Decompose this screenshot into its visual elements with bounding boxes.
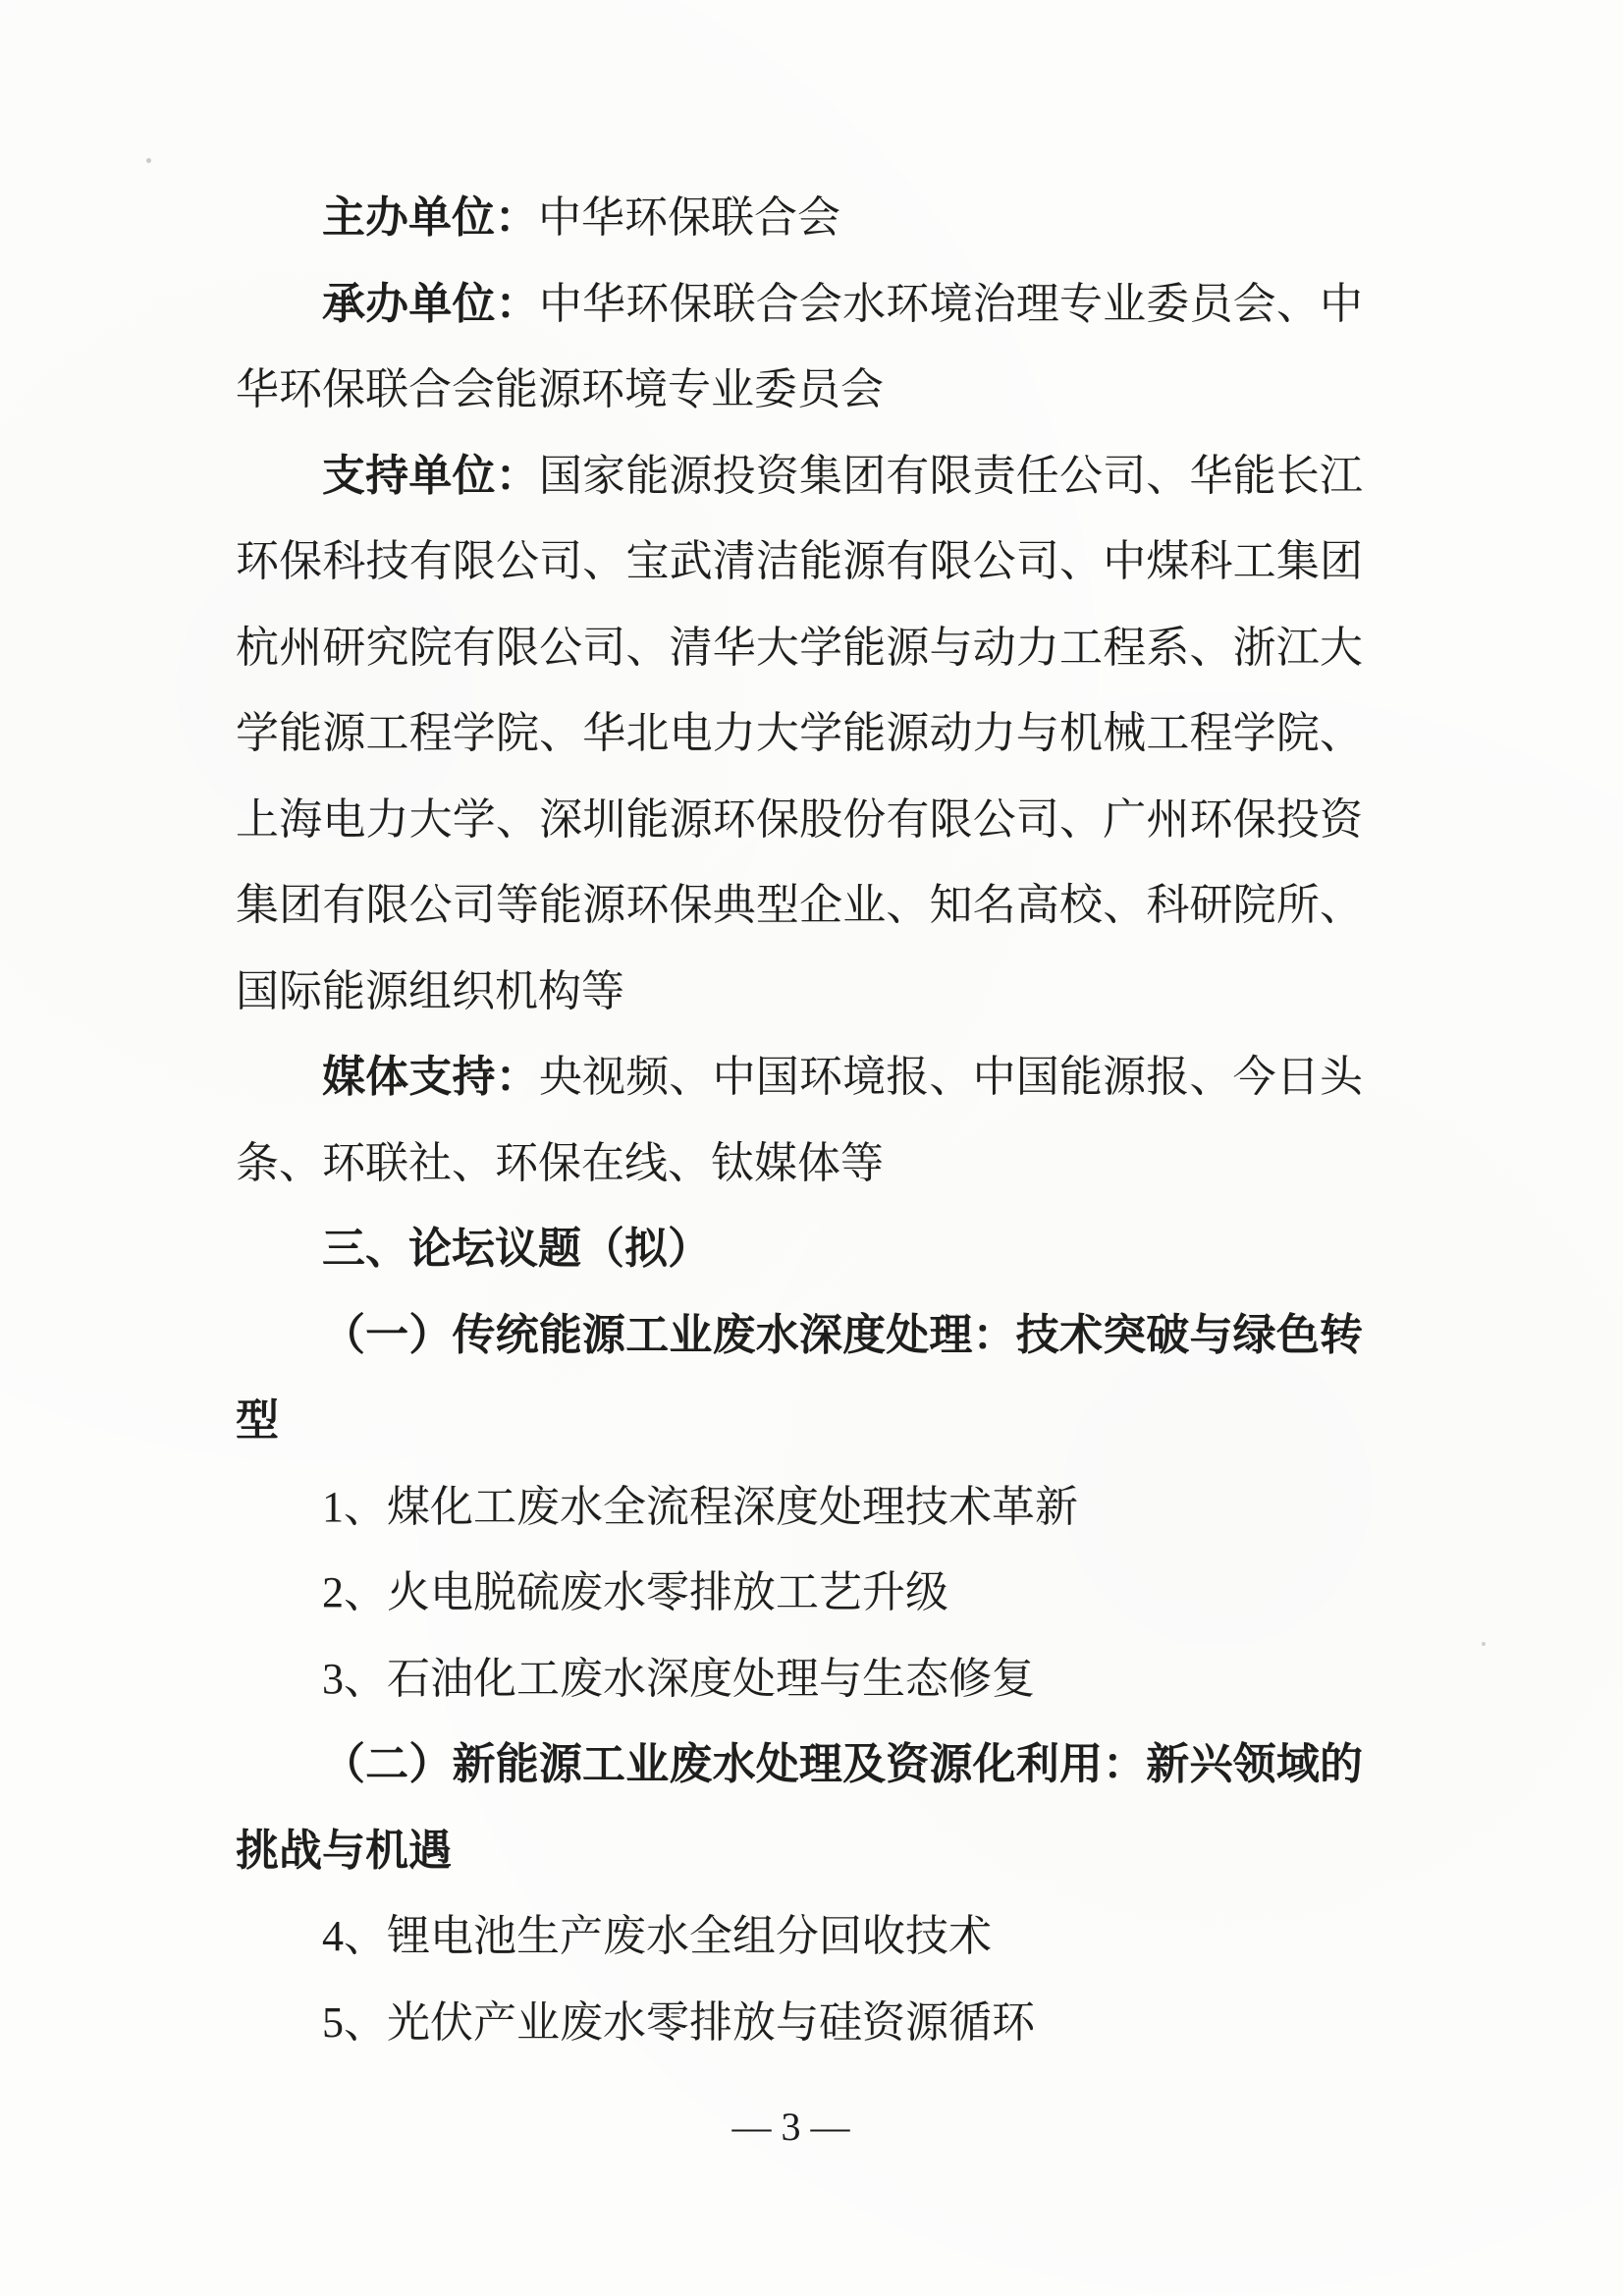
- line-label: （一）传统能源工业废水深度处理：技术突破与绿色转: [322, 1311, 1363, 1359]
- line-text: 环保科技有限公司、宝武清洁能源有限公司、中煤科工集团: [236, 537, 1363, 585]
- line-text: 国际能源组织机构等: [236, 967, 624, 1015]
- line-label: 承办单位：: [322, 280, 539, 328]
- topic-group-2-heading-line-1: （二）新能源工业废水处理及资源化利用：新兴领域的: [236, 1722, 1363, 1808]
- line-text: 杭州研究院有限公司、清华大学能源与动力工程系、浙江大: [236, 624, 1363, 672]
- line-label: 支持单位：: [322, 452, 539, 500]
- line-label: 型: [236, 1396, 279, 1445]
- line-text: 中华环保联合会: [538, 193, 840, 242]
- supporters-line-5: 上海电力大学、深圳能源环保股份有限公司、广州环保投资: [236, 777, 1363, 863]
- media-support-line-2: 条、环联社、环保在线、钛媒体等: [236, 1121, 1363, 1207]
- topic-item-1: 1、煤化工废水全流程深度处理技术革新: [236, 1464, 1363, 1551]
- topic-item-2: 2、火电脱硫废水零排放工艺升级: [236, 1550, 1363, 1636]
- supporters-line-2: 环保科技有限公司、宝武清洁能源有限公司、中煤科工集团: [236, 519, 1363, 605]
- supporters-line-3: 杭州研究院有限公司、清华大学能源与动力工程系、浙江大: [236, 605, 1363, 691]
- topic-group-2-heading-line-2: 挑战与机遇: [236, 1808, 1363, 1894]
- section-heading-forum-topics: 三、论坛议题（拟）: [236, 1206, 1363, 1292]
- line-text: 集团有限公司等能源环保典型企业、知名高校、科研院所、: [236, 881, 1363, 929]
- topic-item-5: 5、光伏产业废水零排放与硅资源循环: [236, 1980, 1363, 2066]
- topic-item-3: 3、石油化工废水深度处理与生态修复: [236, 1636, 1363, 1722]
- line-label: 三、论坛议题（拟）: [322, 1225, 711, 1273]
- line-label: 挑战与机遇: [236, 1827, 452, 1875]
- line-label: 媒体支持：: [322, 1053, 539, 1101]
- scanned-document-page: 主办单位：中华环保联合会 承办单位：中华环保联合会水环境治理专业委员会、中 华环…: [0, 0, 1623, 2296]
- host-organizer-line: 主办单位：中华环保联合会: [236, 175, 1363, 261]
- topic-group-1-heading-line-1: （一）传统能源工业废水深度处理：技术突破与绿色转: [236, 1292, 1363, 1379]
- topic-item-4: 4、锂电池生产废水全组分回收技术: [236, 1893, 1363, 1980]
- media-support-line-1: 媒体支持：央视频、中国环境报、中国能源报、今日头: [236, 1034, 1363, 1121]
- supporters-line-4: 学能源工程学院、华北电力大学能源动力与机械工程学院、: [236, 690, 1363, 777]
- line-text: 3、石油化工废水深度处理与生态修复: [322, 1655, 1035, 1703]
- line-text: 央视频、中国环境报、中国能源报、今日头: [539, 1053, 1363, 1101]
- supporters-line-1: 支持单位：国家能源投资集团有限责任公司、华能长江: [236, 433, 1363, 519]
- line-text: 4、锂电池生产废水全组分回收技术: [322, 1912, 992, 1960]
- line-label: （二）新能源工业废水处理及资源化利用：新兴领域的: [322, 1740, 1363, 1788]
- line-text: 条、环联社、环保在线、钛媒体等: [236, 1139, 884, 1187]
- line-text: 华环保联合会能源环境专业委员会: [236, 365, 884, 413]
- line-text: 5、光伏产业废水零排放与硅资源循环: [322, 1998, 1035, 2047]
- organizer-line-2: 华环保联合会能源环境专业委员会: [236, 347, 1363, 433]
- supporters-line-6: 集团有限公司等能源环保典型企业、知名高校、科研院所、: [236, 862, 1363, 949]
- line-text: 国家能源投资集团有限责任公司、华能长江: [539, 452, 1363, 500]
- organizer-line-1: 承办单位：中华环保联合会水环境治理专业委员会、中: [236, 261, 1363, 348]
- topic-group-1-heading-line-2: 型: [236, 1378, 1363, 1464]
- line-text: 1、煤化工废水全流程深度处理技术革新: [322, 1483, 1078, 1531]
- document-body: 主办单位：中华环保联合会 承办单位：中华环保联合会水环境治理专业委员会、中 华环…: [236, 175, 1363, 2065]
- line-text: 2、火电脱硫废水零排放工艺升级: [322, 1568, 948, 1616]
- line-label: 主办单位：: [322, 193, 538, 242]
- page-number: — 3 —: [0, 2104, 1602, 2151]
- scan-speck: [146, 158, 151, 163]
- supporters-line-7: 国际能源组织机构等: [236, 949, 1363, 1035]
- scan-speck: [1482, 1642, 1486, 1646]
- line-text: 中华环保联合会水环境治理专业委员会、中: [539, 280, 1363, 328]
- line-text: 学能源工程学院、华北电力大学能源动力与机械工程学院、: [236, 709, 1363, 757]
- line-text: 上海电力大学、深圳能源环保股份有限公司、广州环保投资: [236, 795, 1363, 844]
